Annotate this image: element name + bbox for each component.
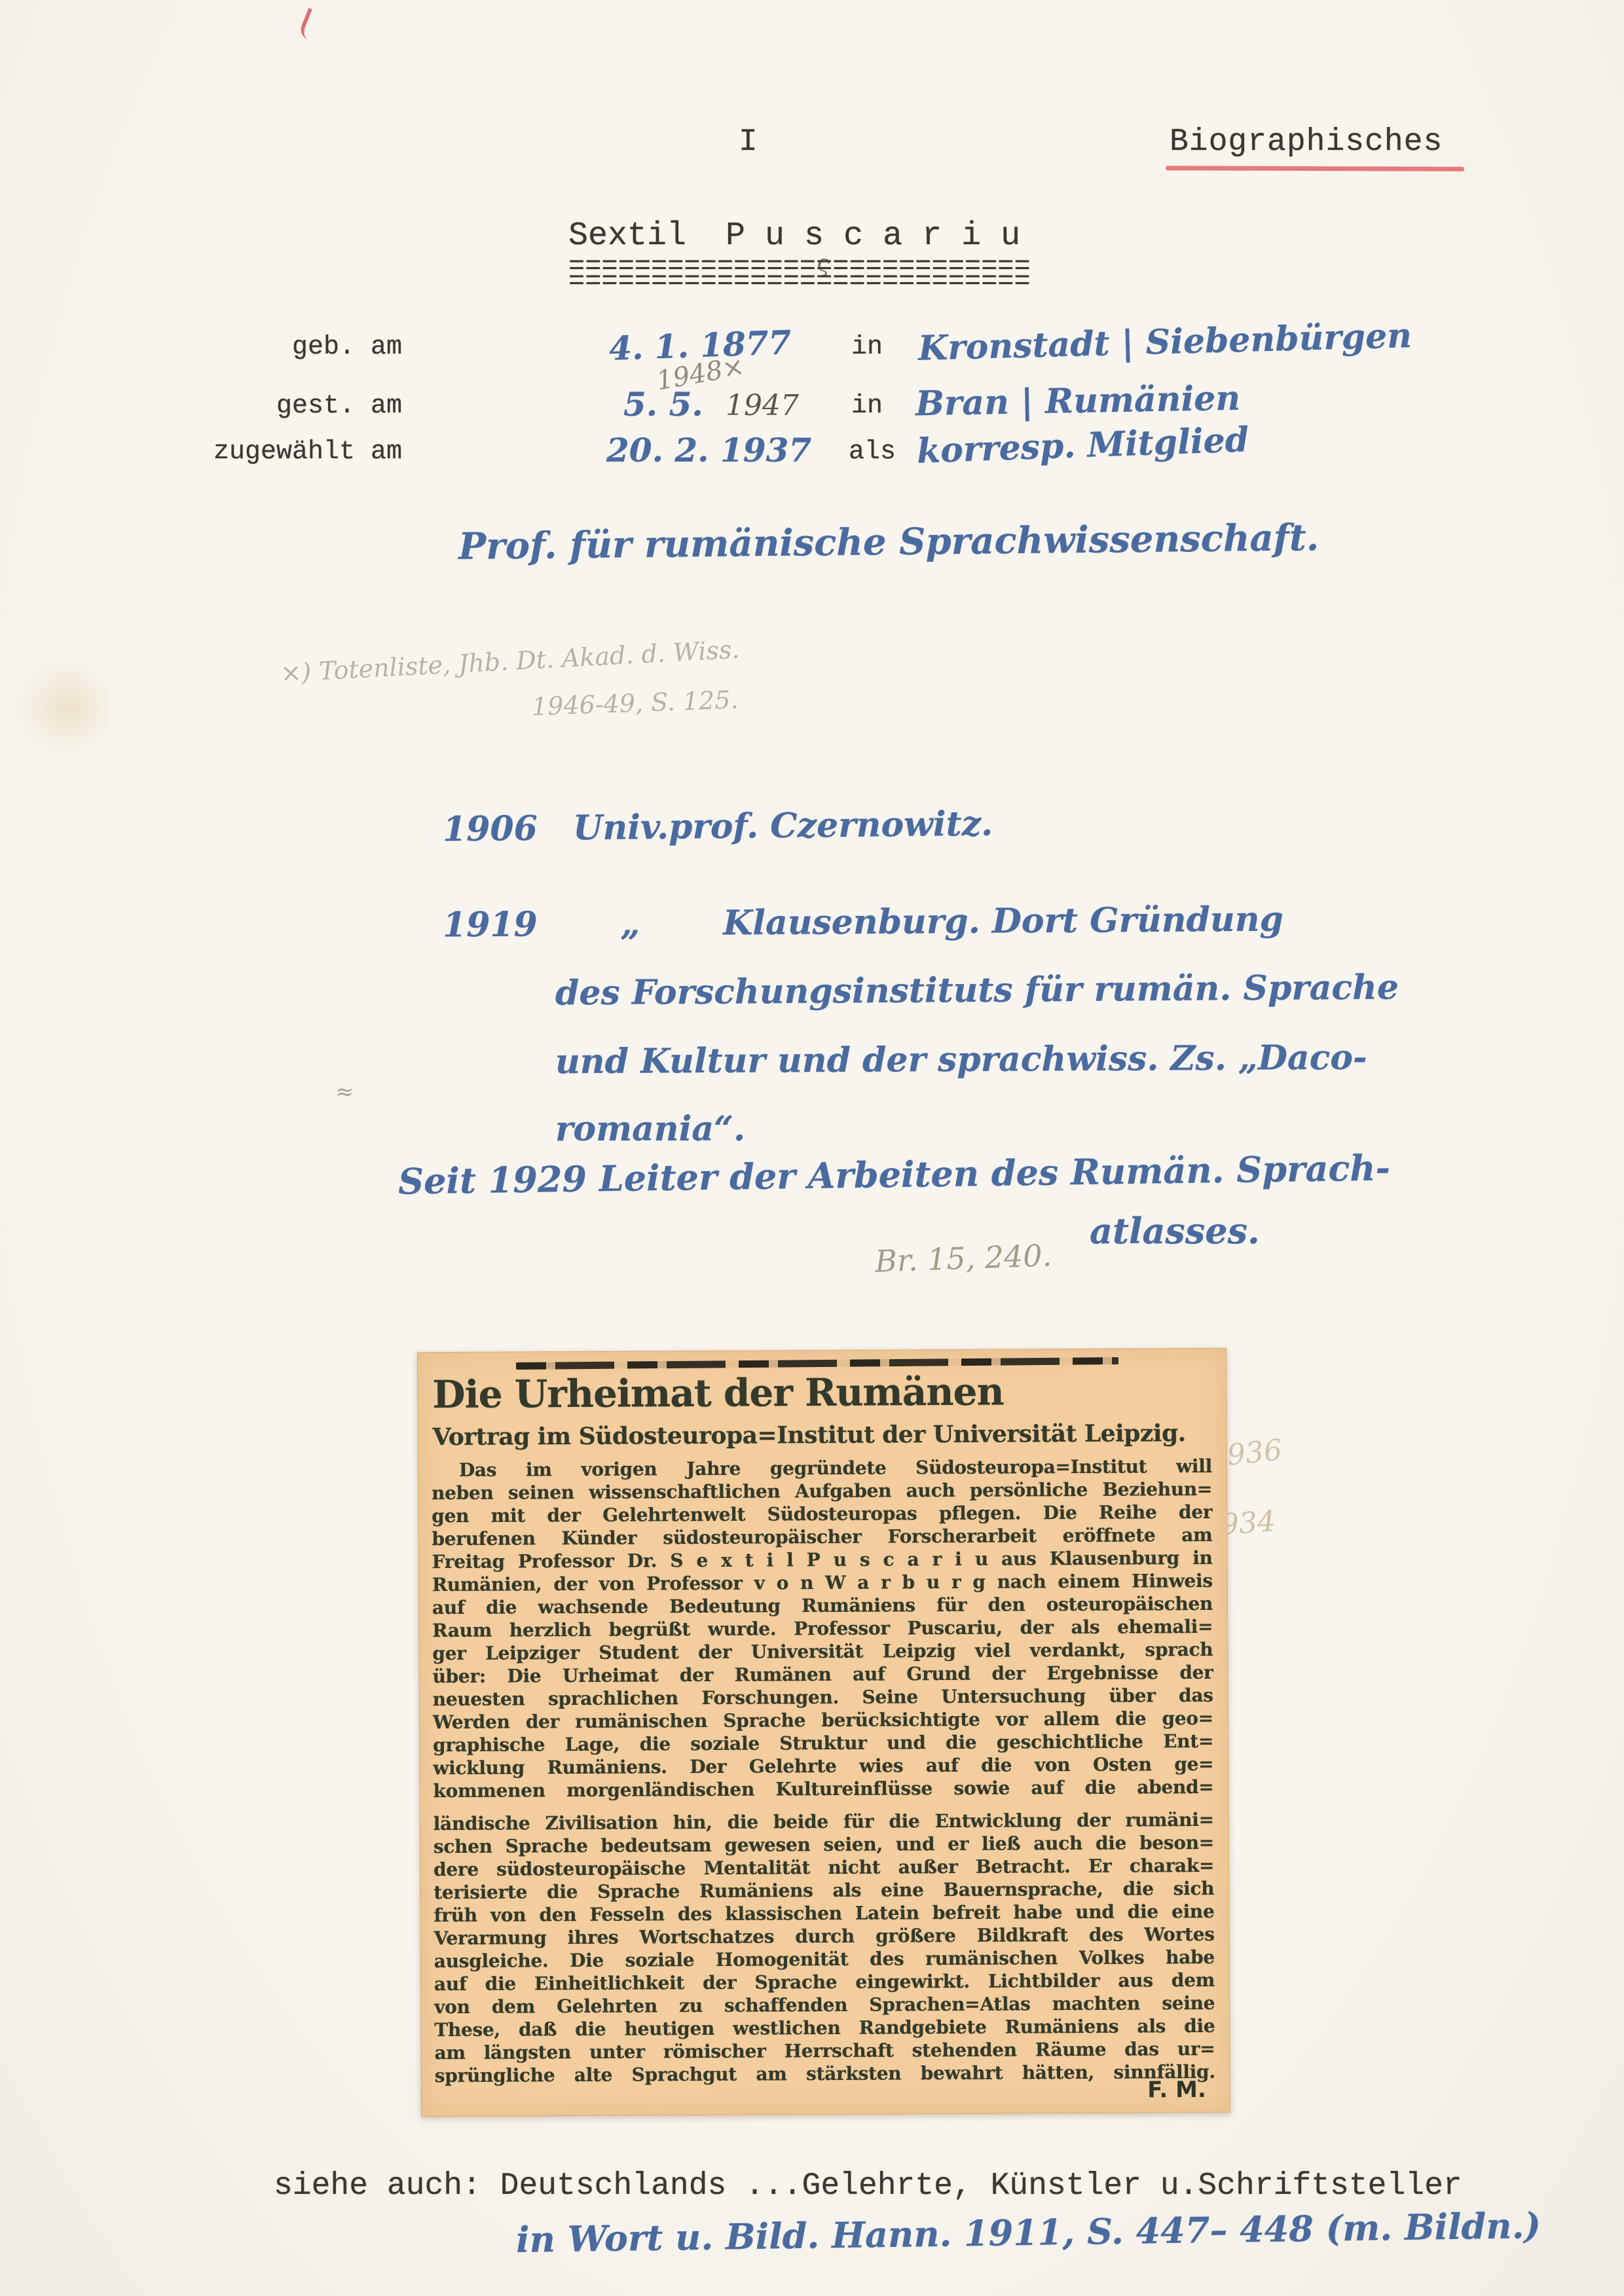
red-corner-pen-mark	[297, 8, 321, 41]
field-row-died: gest. am 5. 5. 1947 in Bran | Rumänien	[0, 385, 1624, 432]
birth-place-handwritten: Kronstadt | Siebenbürgen	[917, 316, 1412, 369]
pencil-margin-squiggle: ≈	[335, 1079, 354, 1105]
title-underline-row-2: ============================	[568, 274, 1031, 289]
career-line-romania: romania“.	[555, 1109, 745, 1149]
career-line-kultur: und Kultur und der sprachwiss. Zs. „Daco…	[555, 1038, 1367, 1082]
field-label-elected: zugewählt am	[0, 437, 402, 467]
career-line-institute: des Forschungsinstituts für rumän. Sprac…	[555, 968, 1399, 1013]
clipping-cutoff-print-remnant	[516, 1357, 1118, 1370]
field-row-elected: zugewählt am 20. 2. 1937 als korresp. Mi…	[0, 431, 1624, 478]
red-underline	[1166, 166, 1464, 172]
clipping-headline: Die Urheimat der Rumänen	[432, 1370, 1004, 1417]
section-header: Biographisches	[1170, 124, 1443, 160]
clipping-paragraph-1: Das im vorigen Jahre gegründete Südosteu…	[432, 1455, 1214, 1802]
scanned-document-page: I Biographisches Sextil P u s c a r i u …	[0, 0, 1624, 2296]
career-line-1906: 1906 Univ.prof. Czernowitz.	[443, 804, 993, 850]
pencil-footnote-line2: 1946-49, S. 125.	[531, 685, 739, 721]
death-year-pencil: 1947	[726, 389, 799, 422]
field-prep-born: in	[851, 333, 883, 362]
pencil-reference: Br. 15, 240.	[874, 1237, 1052, 1279]
election-date-handwritten: 20. 2. 1937	[606, 431, 811, 469]
paper-stain	[18, 661, 117, 753]
profession-note-handwritten: Prof. für rumänische Sprachwissenschaft.	[458, 516, 1319, 568]
person-name-title: Sextil P u s c a r i u	[568, 217, 1020, 255]
see-also-handwritten: in Wort u. Bild. Hann. 1911, S. 447– 448…	[516, 2204, 1541, 2261]
field-label-born: geb. am	[0, 333, 402, 362]
career-line-1919: 1919 „ Klausenburg. Dort Gründung	[443, 900, 1283, 945]
clipping-byline: F. M.	[1147, 2077, 1206, 2103]
pencil-footnote-line1: ×) Totenliste, Jhb. Dt. Akad. d. Wiss.	[280, 635, 740, 688]
career-line-atlas-2: atlasses.	[1090, 1210, 1260, 1252]
field-label-died: gest. am	[0, 392, 402, 421]
see-also-typed: siehe auch: Deutschlands ...Gelehrte, Kü…	[274, 2168, 1462, 2204]
death-date-handwritten: 5. 5.	[623, 385, 703, 424]
field-prep-elected: als	[849, 437, 896, 467]
clipping-subheadline: Vortrag im Südosteuropa=Institut der Uni…	[433, 1419, 1186, 1451]
newspaper-clipping: Die Urheimat der Rumänen Vortrag im Südo…	[417, 1348, 1230, 2117]
page-number: I	[739, 124, 758, 160]
field-row-born: geb. am 4. 1. 1877 in Kronstadt | Sieben…	[0, 326, 1624, 373]
death-place-handwritten: Bran | Rumänien	[915, 378, 1241, 424]
clipping-paragraph-2: ländische Zivilisation hin, die beide fü…	[434, 1808, 1215, 2087]
career-line-atlas-1: Seit 1929 Leiter der Arbeiten des Rumän.…	[398, 1146, 1391, 1202]
field-prep-died: in	[851, 392, 883, 421]
